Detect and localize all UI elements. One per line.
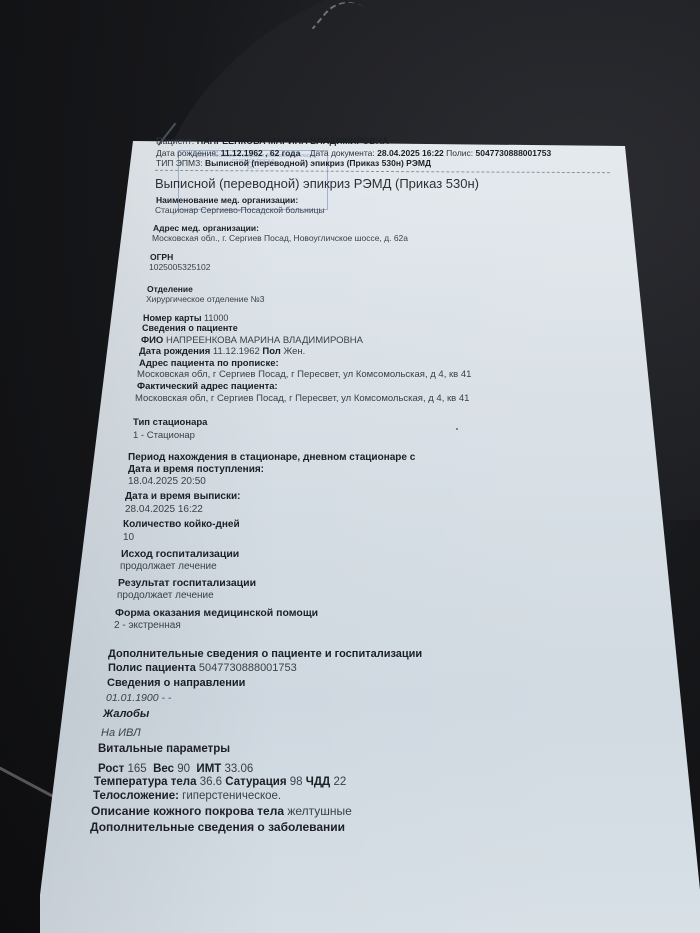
cable (0, 764, 57, 800)
bmi-label: ИМТ (196, 763, 221, 775)
ogrn-label: ОГРН (150, 253, 173, 262)
patient-policy-value: 5047730888001753 (199, 662, 297, 674)
patient-section-title: Сведения о пациенте (142, 324, 238, 333)
patient-name: НАПРЕЕНКОВА МАРИНА ВЛАДИМИРОВНА (197, 136, 389, 146)
outcome-value: продолжает лечение (120, 562, 217, 572)
department-value: Хирургическое отделение №3 (146, 295, 264, 304)
temp-label: Температура тела (94, 776, 196, 788)
policy-line: Полис пациента 5047730888001753 (108, 663, 297, 674)
doc-date-value: 28.04.2025 16:22 (377, 148, 444, 158)
complaints-label: Жалобы (103, 709, 149, 720)
disease-info-title: Дополнительные сведения о заболевании (90, 821, 345, 833)
fio-label: ФИО (141, 335, 163, 346)
dob-value: 11.12.1962 , 62 года (221, 148, 301, 158)
vitals-title: Витальные параметры (98, 744, 230, 756)
skin-value: желтушные (287, 804, 352, 818)
rr-label: ЧДД (306, 776, 330, 788)
complaints-value: На ИВЛ (101, 728, 141, 739)
card-number-label: Номер карты (143, 313, 202, 323)
bed-days-label: Количество койко-дней (123, 520, 240, 530)
result-value: продолжает лечение (117, 591, 214, 601)
department-label: Отделение (147, 285, 193, 294)
care-form-value: 2 - экстренная (114, 621, 181, 631)
discharge-value: 28.04.2025 16:22 (125, 505, 203, 515)
org-name-label: Наименование мед. организации: (156, 196, 298, 205)
document-title: Выписной (переводной) эпикриз РЭМД (Прик… (155, 177, 479, 190)
bed-days-value: 10 (123, 533, 134, 543)
sex-value: Жен. (283, 346, 305, 357)
fio-line: ФИО НАПРЕЕНКОВА МАРИНА ВЛАДИМИРОВНА (141, 336, 363, 346)
height-value: 165 (128, 763, 147, 775)
patient-policy-label: Полис пациента (108, 662, 196, 674)
temp-value: 36.6 (200, 776, 222, 788)
rr-value: 22 (333, 776, 346, 788)
reg-address-value: Московская обл, г Сергиев Посад, г Перес… (137, 370, 471, 380)
additional-title: Дополнительные сведения о пациенте и гос… (108, 649, 422, 660)
actual-address-label: Фактический адрес пациента: (137, 382, 278, 392)
admission-label: Дата и время поступления: (128, 465, 264, 475)
referral-value: 01.01.1900 - - (106, 693, 171, 704)
ogrn-value: 1025005325102 (149, 263, 210, 272)
hospital-type-value: 1 - Стационар (133, 431, 195, 441)
vitals-line-2: Температура тела 36.6 Сатурация 98 ЧДД 2… (94, 777, 346, 789)
doc-date-label: Дата документа: (310, 148, 375, 158)
skin-label: Описание кожного покрова тела (91, 804, 284, 818)
care-form-label: Форма оказания медицинской помощи (115, 608, 318, 619)
build-label: Телосложение: (93, 790, 179, 802)
dob-label: Дата рождения: (156, 148, 218, 158)
spo2-value: 98 (290, 776, 303, 788)
birth-sex-line: Дата рождения 11.12.1962 Пол Жен. (139, 347, 305, 357)
discharge-label: Дата и время выписки: (125, 492, 240, 502)
result-label: Результат госпитализации (118, 578, 256, 589)
height-label: Рост (98, 763, 124, 775)
policy-label: Полис: (446, 148, 473, 158)
reg-address-label: Адрес пациента по прописке: (139, 359, 279, 369)
header-dates-line: Дата рождения: 11.12.1962 , 62 года Дата… (156, 149, 551, 158)
org-name-value: Стационар Сергиево-Посадской больницы (155, 206, 325, 215)
card-number-value: 11000 (204, 313, 228, 323)
patient-label: Пациент: (156, 136, 194, 146)
sex-label: Пол (262, 346, 280, 357)
outcome-label: Исход госпитализации (121, 549, 239, 560)
org-address-value: Московская обл., г. Сергиев Посад, Новоу… (152, 234, 408, 243)
org-address-label: Адрес мед. организации: (153, 224, 259, 233)
admission-value: 18.04.2025 20:50 (128, 477, 206, 487)
type-label: ТИП ЭПМЗ: (156, 158, 203, 168)
skin-line: Описание кожного покрова тела желтушные (91, 805, 352, 817)
vitals-line-1: Рост 165 Вес 90 ИМТ 33.06 (98, 764, 253, 776)
weight-value: 90 (177, 763, 190, 775)
header-type-line: ТИП ЭПМЗ: Выписной (переводной) эпикриз … (156, 159, 431, 168)
weight-label: Вес (153, 763, 174, 775)
birth-value: 11.12.1962 (213, 346, 260, 357)
build-value: гиперстеническое. (182, 790, 281, 802)
actual-address-value: Московская обл, г Сергиев Посад, г Перес… (135, 394, 469, 404)
hospital-type-label: Тип стационара (133, 418, 207, 428)
policy-value: 5047730888001753 (476, 148, 552, 158)
header-patient-line: Пациент: НАПРЕЕНКОВА МАРИНА ВЛАДИМИРОВНА (156, 137, 389, 146)
build-line: Телосложение: гиперстеническое. (93, 791, 281, 803)
speck (456, 428, 458, 430)
birth-label: Дата рождения (139, 346, 210, 357)
fio-value: НАПРЕЕНКОВА МАРИНА ВЛАДИМИРОВНА (166, 335, 363, 346)
referral-label: Сведения о направлении (107, 678, 245, 689)
spo2-label: Сатурация (225, 776, 286, 788)
bmi-value: 33.06 (225, 763, 254, 775)
period-title: Период нахождения в стационаре, дневном … (128, 453, 415, 463)
type-value: Выписной (переводной) эпикриз (Приказ 53… (205, 158, 431, 168)
card-number-line: Номер карты 11000 (143, 314, 228, 323)
